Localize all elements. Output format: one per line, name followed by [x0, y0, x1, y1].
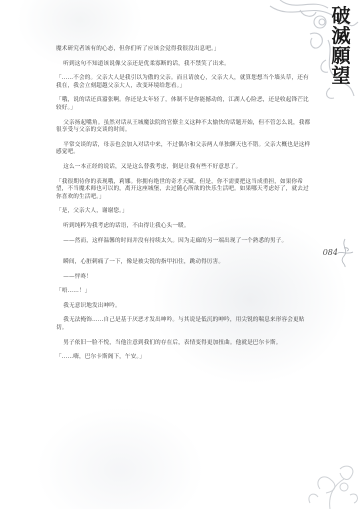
- paragraph: 我无意识地发出呻吟。: [56, 303, 314, 311]
- page-number-flourish-icon: [336, 238, 354, 268]
- title-char: 破: [328, 6, 354, 26]
- title-char: 望: [328, 66, 354, 86]
- paragraph: 听到这句不知道该说像父亲还是优柔寡断的话，我不禁笑了出来。: [56, 61, 314, 69]
- paragraph: 「哦，说的话还真嚣张啊。你还是太年轻了，体制不是你能撼动的，江湖人心险恶，还是收…: [56, 97, 314, 112]
- book-title-vertical: 破 滅 願 望: [328, 6, 354, 86]
- paragraph: ——然而，这样温馨的时间并没有持续太久。因为走廊的另一端出现了一个熟悉的男子。: [56, 238, 314, 246]
- paragraph: 这么一本正经的说话，又是这么替我考虑，倒是让我有些不好意思了。: [56, 164, 314, 172]
- paragraph: 「我很期待你的表现哦，莉娜。你拥有绝世的奇才天赋。但是，你不需要把这当成重担，如…: [56, 179, 314, 202]
- paragraph: 听到纯粹为我考虑的话语，不由得让我心头一暖。: [56, 223, 314, 231]
- body-text: 魔术研究者该有的心态，但你们听了应该会觉得我很没出息吧。」 听到这句不知道该说像…: [56, 46, 314, 369]
- book-page: 破 滅 願 望 084 魔术研究者该有的心态，但你们听了应该会觉得我很没出息吧。…: [0, 0, 360, 509]
- paragraph: 「……嗨，巴尔卡斯阁下，午安。」: [56, 354, 314, 362]
- paragraph: 「……不会的。父亲大人是我引以为傲的父亲。而且请放心，父亲大人，就算您想当个墙头…: [56, 75, 314, 90]
- paragraph: 父亲扬起嘴角。虽然对话从王城魔法院的官僚主义这种不太愉快的话题开始，但不管怎么说…: [56, 120, 314, 135]
- paragraph: 我无法掩饰……自己是基于厌恶才发出呻吟。与其说是低沉的呻吟，用尖锐的喘息来形容会…: [56, 317, 314, 332]
- paragraph: ——怦咚！: [56, 274, 314, 282]
- paragraph: 男子依旧一脸不悦，当他注意到我们的存在后，表情变得更加扭曲。他就是巴尔卡斯。: [56, 340, 314, 348]
- corner-flower-ornament-icon: [300, 429, 360, 509]
- paragraph: 「唔……！」: [56, 288, 314, 296]
- paragraph: 魔术研究者该有的心态，但你们听了应该会觉得我很没出息吧。」: [56, 46, 314, 54]
- title-char: 滅: [328, 26, 354, 46]
- title-char: 願: [328, 46, 354, 66]
- paragraph: 平常交谈的话，母亲也会加入对话中来，不过偶尔和父亲两人单独聊天也不错。父亲大概也…: [56, 142, 314, 157]
- paragraph: 瞬间，心脏刺痛了一下，像是被尖锐的指甲扣住，跳动得厉害。: [56, 259, 314, 267]
- paragraph: 「是，父亲大人，谢谢您。」: [56, 208, 314, 216]
